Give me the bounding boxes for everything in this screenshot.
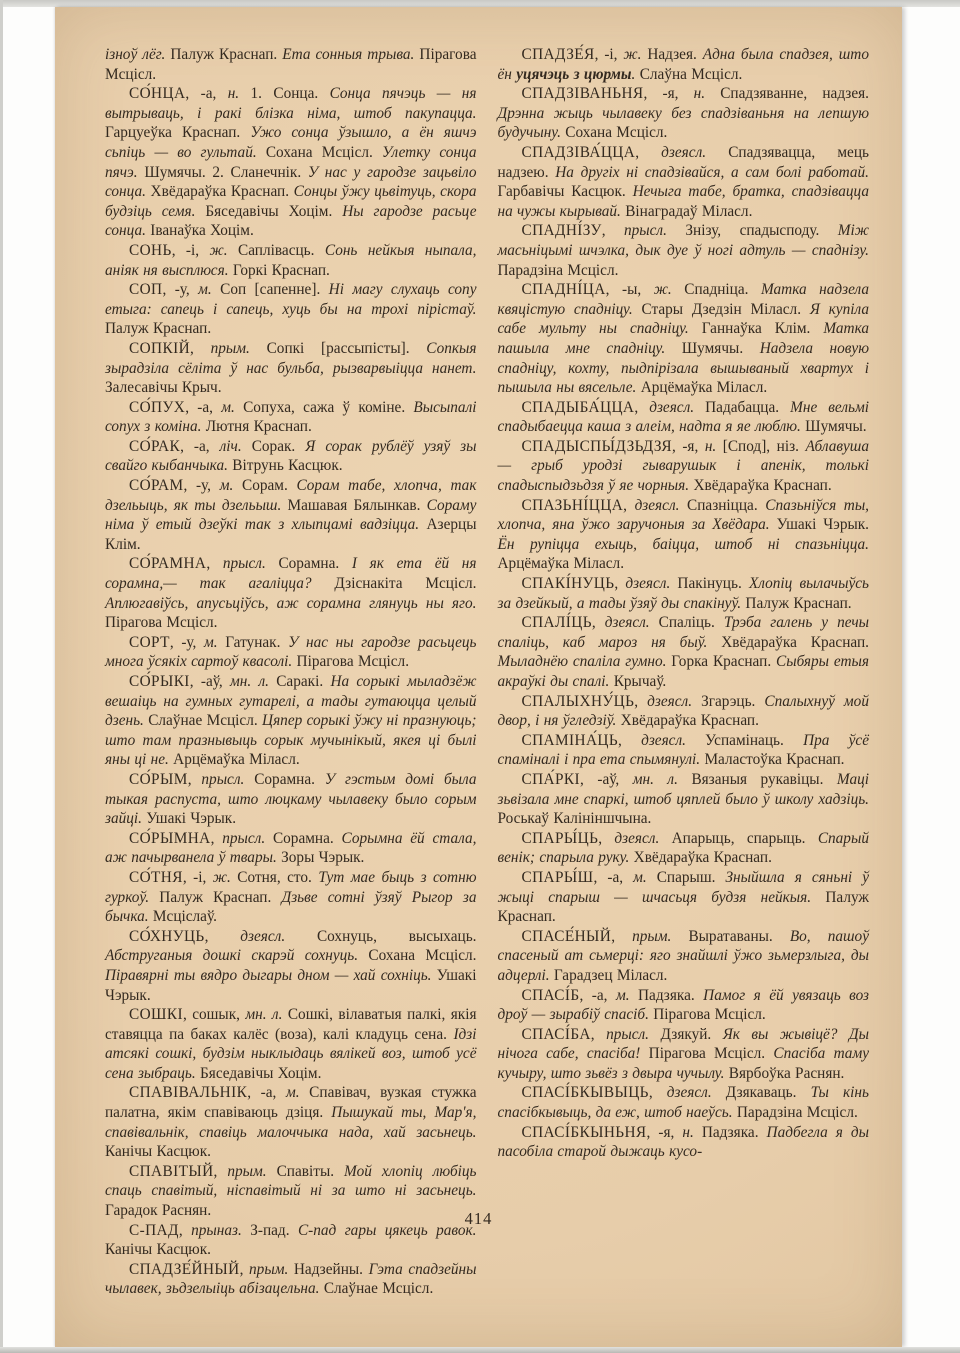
page-text: ізноў лёг. Палуж Краснап. Ета сонныя тры… [105, 45, 869, 1299]
text-segment: , [598, 830, 614, 847]
text-segment: дзеясл. [649, 399, 694, 416]
dictionary-entry: СО́РАК, -а, ліч. Сорак. Я сорак рублёў у… [105, 437, 477, 476]
headword: СО́ПУХ [129, 399, 185, 416]
text-segment: , -а, [593, 869, 633, 886]
headword: СПАСІ́БА [522, 1026, 591, 1043]
text-segment: прысл. [624, 222, 667, 239]
dictionary-entry: СОП, -у, м. Соп [сапенне]. Ні магу слуха… [105, 280, 477, 339]
text-segment: ж. [623, 46, 641, 63]
text-segment: Шумячы. [682, 340, 760, 357]
text-segment: На другіх ні спадзівайся, а сам болі раб… [555, 164, 869, 181]
dictionary-entry: СПАДЗІВАНЬНЯ, -я, н. Спадзяванне, надзея… [498, 84, 870, 143]
text-segment: Хвёдараўка Краснап. [151, 183, 294, 200]
text-segment: , -я, [644, 85, 694, 102]
text-segment: Спадніца. [672, 281, 761, 298]
headword: СПАДЗЕ́ЙНЫЙ [129, 1261, 240, 1278]
dictionary-entry: СПА́РКІ, -аў, мн. л. Вязаныя рукавіцы. М… [498, 770, 870, 829]
page-number: 414 [55, 1209, 902, 1229]
dictionary-entry: СПАЗЬНІ́ЦЦА, дзеясл. Спазніцца. Спазьніў… [498, 496, 870, 574]
text-segment: н. [694, 85, 705, 102]
text-segment: Сотня, сто. [231, 869, 319, 886]
text-segment: . [632, 66, 640, 83]
headword: СО́РЫКІ [129, 673, 190, 690]
text-segment: Маластоўка Краснап. [704, 751, 844, 768]
text-segment: Лютня Краснап. [206, 418, 312, 435]
text-segment: Аплюгавіўсь, апусьціўсь, аж сорамна глян… [105, 595, 477, 612]
dictionary-entry: ізноў лёг. Палуж Краснап. Ета сонныя тры… [105, 45, 477, 84]
text-segment: Падзяка. [630, 987, 704, 1004]
dictionary-entry: СО́ХНУЦЬ, дзеясл. Сохнуць, высыхаць. Абс… [105, 927, 477, 1005]
dictionary-entry: СПАЛІ́ЦЬ, дзеясл. Спаліць. Трэба галень … [498, 613, 870, 691]
text-segment: Бяседавічы Хоцім. [205, 203, 342, 220]
headword: СПА́РКІ [522, 771, 581, 788]
text-segment: , [634, 399, 649, 416]
text-segment: Выратаваны. [671, 928, 789, 945]
text-segment: , [618, 732, 641, 749]
text-segment: Ушакі Чэрык. [777, 516, 869, 533]
headword: СПАСІ́БКЫВЫЦЬ [522, 1084, 649, 1101]
text-segment: Пірагова Мсцісл. [649, 1045, 774, 1062]
text-segment: м. [633, 869, 647, 886]
text-segment: Пірагова Мсцісл. [297, 653, 410, 670]
text-segment: Гарбавічы Касцюк. [498, 183, 633, 200]
headword: СПАВІТЫЙ [129, 1163, 214, 1180]
text-segment: Ганнаўка Клім. [702, 320, 824, 337]
text-segment: , -а, [247, 1084, 286, 1101]
text-segment: м. [198, 281, 212, 298]
text-segment: , -і, [183, 869, 213, 886]
headword: СОП [129, 281, 163, 298]
text-segment: н. [682, 1124, 693, 1141]
text-segment: , [190, 340, 211, 357]
text-segment: Вязаныя рукавіцы. [678, 771, 837, 788]
dictionary-entry: СО́ПУХ, -а, м. Сопуха, сажа ў коміне. Вы… [105, 398, 477, 437]
text-segment: Хвёдараўка Краснап. [621, 712, 759, 729]
text-segment: Знізу, спадысподу. [667, 222, 838, 239]
text-segment: Крычаў. [614, 673, 667, 690]
dictionary-entry: СПАКІ́НУЦЬ, дзеясл. Пакінуць. Хлопіц выл… [498, 574, 870, 613]
dictionary-entry: СПАСІ́БА, прысл. Дзякуй. Як вы жывіцё? Д… [498, 1025, 870, 1084]
text-segment: , [188, 771, 202, 788]
dictionary-entry: СОПКІЙ, прым. Сопкі [рассыпісты]. Сопкыя… [105, 339, 477, 398]
text-segment: Палуж Краснап. [105, 320, 211, 337]
text-segment: Слаўна Мсцісл. [640, 66, 743, 83]
dictionary-entry: СОНЬ, -і, ж. Саплівасць. Сонь нейкыя нып… [105, 241, 477, 280]
column-left: ізноў лёг. Палуж Краснап. Ета сонныя тры… [105, 45, 477, 1299]
headword: СПАДЫСПЫ́ДЗЬДЗЯ [522, 438, 673, 455]
text-segment: мн. л. [230, 673, 269, 690]
headword: СО́РАМНА [129, 555, 206, 572]
text-segment: Слаўнае Мсцісл. [324, 1280, 433, 1297]
text-segment: Арцёмаўка Міласл. [498, 555, 625, 572]
text-segment: ж. [654, 281, 672, 298]
text-segment: , [592, 614, 605, 631]
text-segment: прысл. [223, 555, 266, 572]
text-segment: дзеясл. [667, 1084, 712, 1101]
text-segment: Сохана Мсцісл. [368, 947, 476, 964]
headword: СПАСІ́Б [522, 987, 580, 1004]
text-segment: , [634, 693, 647, 710]
dictionary-entry: СПАРЫ́ЦЬ, дзеясл. Апарыць, спарыць. Спар… [498, 829, 870, 868]
text-segment: Ушакі Чэрык. [146, 810, 236, 827]
text-segment: , [206, 555, 223, 572]
dictionary-entry: СПАДНІ́ЗУ, прысл. Знізу, спадысподу. Між… [498, 221, 870, 280]
headword: СОПКІЙ [129, 340, 190, 357]
text-segment: Гатунак. [218, 634, 288, 651]
text-segment: , [614, 575, 625, 592]
text-segment: Зоры Чэрык. [281, 849, 364, 866]
text-segment: Вітрунь Касцюк. [232, 457, 342, 474]
headword: СПАРЫ́Ш [522, 869, 594, 886]
text-segment: Хвёдараўка Краснап. [693, 477, 831, 494]
headword: СПАСЕ́НЫЙ [522, 928, 612, 945]
text-segment: , -у, [170, 634, 204, 651]
dictionary-entry: СО́РАМНА, прысл. Сорамна. І як ета ёй ня… [105, 554, 477, 632]
text-segment: , -і, [172, 242, 210, 259]
text-segment: Горка Краснап. [671, 653, 776, 670]
text-segment: Пірагова Мсцісл. [653, 1006, 766, 1023]
dictionary-entry: СПАДЗЕ́ЙНЫЙ, прым. Надзейны. Гэта спадзе… [105, 1260, 477, 1299]
text-segment: Парадзіна Мсцісл. [498, 262, 619, 279]
dictionary-entry: СПАСЕ́НЫЙ, прым. Выратаваны. Во, пашоў с… [498, 927, 870, 986]
text-segment: Вярбоўка Раснян. [729, 1065, 845, 1082]
text-segment: Арцёмаўка Міласл. [173, 751, 300, 768]
text-segment: ж. [213, 869, 231, 886]
text-segment: Іванаўка Хоцім. [150, 222, 254, 239]
text-segment: , -і, [595, 46, 624, 63]
scanned-book-page: ізноў лёг. Палуж Краснап. Ета сонныя тры… [0, 0, 960, 1353]
text-segment: , [211, 830, 223, 847]
headword: СПАЗЬНІ́ЦЦА [522, 497, 624, 514]
dictionary-entry: СОШКІ, сошык, мн. л. Сошкі, вілаватыя па… [105, 1005, 477, 1083]
text-segment: Падабацца. [694, 399, 790, 416]
headword: СОШКІ [129, 1006, 183, 1023]
text-segment: Ета сонныя трыва. [282, 46, 419, 63]
dictionary-entry: СО́РЫМ, прысл. Сорамна. У гэстым домі бы… [105, 770, 477, 829]
text-segment: Падзяка. [694, 1124, 767, 1141]
text-segment: м. [616, 987, 630, 1004]
headword: СО́ТНЯ [129, 869, 183, 886]
text-segment: прысл. [222, 830, 265, 847]
text-segment: , [635, 144, 661, 161]
dictionary-entry: СПАДЗІВА́ЦЦА, дзеясл. Спадзявацца, мець … [498, 143, 870, 221]
dictionary-entry: СПАСІ́БКЫНЬНЯ, -я, н. Падзяка. Падбегла … [498, 1123, 870, 1162]
headword: СПАДЫБА́ЦЦА [522, 399, 635, 416]
dictionary-entry: СПАДЗЕ́Я, -і, ж. Надзея. Адна была спадз… [498, 45, 870, 84]
text-segment: , [205, 928, 241, 945]
text-segment: прысл. [201, 771, 244, 788]
headword: СПАЛІ́ЦЬ [522, 614, 592, 631]
text-segment: мн. л. [245, 1006, 282, 1023]
text-segment: Саплівасць. [228, 242, 325, 259]
text-segment: Сопуха, сажа ў коміне. [235, 399, 414, 416]
text-segment: , -я, [672, 438, 705, 455]
text-segment: дзеясл. [605, 614, 650, 631]
text-segment: дзеясл. [614, 830, 659, 847]
text-segment: , сошык, [183, 1006, 245, 1023]
headword: СПАМІНА́ЦЬ [522, 732, 619, 749]
text-segment: Піравярні ты вядро дыгары дном — хай сох… [105, 967, 437, 984]
text-segment: Горкі Краснап. [233, 262, 330, 279]
text-segment: Спазніцца. [679, 497, 765, 514]
text-segment: Дзякуй. [649, 1026, 723, 1043]
text-segment: Палуж Краснап. [159, 889, 281, 906]
text-segment: Соп [сапенне]. [212, 281, 329, 298]
text-segment: Сорамна. [266, 555, 352, 572]
dictionary-page: ізноў лёг. Палуж Краснап. Ета сонныя тры… [55, 7, 902, 1347]
text-segment: Гарадзец Міласл. [554, 967, 668, 984]
text-segment: прым. [227, 1163, 266, 1180]
dictionary-entry: СПАМІНА́ЦЬ, дзеясл. Успамінаць. Пра ўсё … [498, 731, 870, 770]
text-segment: Спаліць. [650, 614, 724, 631]
text-segment: Абструганыя дошкі скарэй сохнуць. [105, 947, 368, 964]
text-segment: Хвёдараўка Краснап. [721, 634, 869, 651]
dictionary-entry: СПАРЫ́Ш, -а, м. Спарыш. Зныйшла я сяньні… [498, 868, 870, 927]
text-segment: дзеясл. [661, 144, 706, 161]
text-segment: Канічы Касцюк. [105, 1143, 211, 1160]
text-segment: , -а, [180, 438, 220, 455]
text-segment: Згарэць. [692, 693, 764, 710]
text-segment: прым. [249, 1261, 288, 1278]
headword: СПАСІ́БКЫНЬНЯ [522, 1124, 647, 1141]
text-segment: уцячэць з цюрмы [516, 66, 631, 83]
text-segment: Пакінуць. [670, 575, 749, 592]
text-segment: , -я, [647, 1124, 683, 1141]
text-segment: Сохнуць, высыхаць. [285, 928, 476, 945]
text-segment: ліч. [220, 438, 242, 455]
headword: СПАДНІ́ЗУ [522, 222, 602, 239]
text-segment: Сохана Мсцісл. [565, 124, 667, 141]
headword: СО́НЦА [129, 85, 185, 102]
scan-edge-left [0, 0, 3, 1353]
text-segment: н. [228, 85, 239, 102]
scan-edge-bottom [0, 1347, 960, 1353]
dictionary-entry: СПАДЫБА́ЦЦА, дзеясл. Падабацца. Мне вель… [498, 398, 870, 437]
headword: СПАДЗЕ́Я [522, 46, 595, 63]
text-segment: Пірагова Мсцісл. [105, 614, 218, 631]
text-segment: , [214, 1163, 228, 1180]
dictionary-entry: СПАДНІ́ЦА, -ы, ж. Спадніца. Матка надзел… [498, 280, 870, 398]
text-segment: Мсціслаў. [153, 908, 217, 925]
text-segment: , [591, 1026, 606, 1043]
text-segment: , -а, [185, 399, 221, 416]
text-segment: Сохана Мсцісл. [266, 144, 382, 161]
dictionary-entry: СОРТ, -у, м. Гатунак. У нас ны гародзе р… [105, 633, 477, 672]
dictionary-entry: СПАСІ́БКЫВЫЦЬ, дзеясл. Дзякаваць. Ты кін… [498, 1083, 870, 1122]
text-segment: Ён рупіцца ехыць, баіцца, штоб ні спазьн… [498, 536, 870, 553]
text-segment: Спадзяванне, надзея. [705, 85, 869, 102]
dictionary-entry: СО́РЫМНА, прысл. Сорамна. Сорымна ёй ста… [105, 829, 477, 868]
text-segment: Сорак. [242, 438, 306, 455]
text-segment: , -а, [580, 987, 616, 1004]
text-segment: Вінаградаў Міласл. [625, 203, 752, 220]
text-segment: , [649, 1084, 667, 1101]
text-segment: Дзякаваць. [712, 1084, 811, 1101]
text-segment: дзеясл. [240, 928, 285, 945]
text-segment: 1. Сонца. [239, 85, 329, 102]
text-segment: , [240, 1261, 249, 1278]
text-segment: м. [286, 1084, 300, 1101]
text-segment: Палуж Краснап. [745, 595, 851, 612]
text-segment: м. [204, 634, 218, 651]
text-segment: м. [221, 399, 235, 416]
text-segment: прым. [211, 340, 250, 357]
text-segment: , [602, 222, 624, 239]
text-segment: Арцёмаўка Міласл. [641, 379, 768, 396]
text-segment: , -а, [185, 85, 227, 102]
headword: СПАВІВАЛЬНІК [129, 1084, 247, 1101]
text-segment: Апарыць, спарыць. [659, 830, 818, 847]
text-segment: Саракі. [269, 673, 330, 690]
headword: СО́РЫМ [129, 771, 188, 788]
text-segment: н. [705, 438, 716, 455]
text-segment: Шумячы. [805, 418, 866, 435]
text-segment: Залесавічы Крыч. [105, 379, 222, 396]
text-segment: Роськаў Калініншчына. [498, 810, 652, 827]
text-segment: Парадзіна Мсцісл. [737, 1104, 858, 1121]
headword: СО́РАМ [129, 477, 183, 494]
text-segment: ізноў лёг. [105, 46, 170, 63]
text-segment: Шумячы. 2. Сланечнік. [144, 164, 308, 181]
text-segment: , -у, [183, 477, 219, 494]
text-segment: Канічы Касцюк. [105, 1241, 211, 1258]
headword: СПАЛЫХНУ́ЦЬ [522, 693, 635, 710]
text-segment: [Спод], ніз. [716, 438, 805, 455]
headword: СО́РЫМНА [129, 830, 211, 847]
text-segment: Сопкі [рассыпісты]. [250, 340, 426, 357]
text-segment: дзеясл. [641, 732, 686, 749]
text-segment: м. [220, 477, 234, 494]
dictionary-entry: СО́НЦА, -а, н. 1. Сонца. Сонца пячэць — … [105, 84, 477, 241]
headword: СПАДНІ́ЦА [522, 281, 606, 298]
text-segment: Спарыш. [647, 869, 726, 886]
text-segment: Машавая Бялынкав. [288, 497, 427, 514]
text-segment: Палуж Краснап. [170, 46, 282, 63]
headword: СПАДЗІВА́ЦЦА [522, 144, 636, 161]
text-segment: Надзейны. [288, 1261, 368, 1278]
dictionary-entry: СПАСІ́Б, -а, м. Падзяка. Памог я ёй увяз… [498, 986, 870, 1025]
text-segment: Надзея. [641, 46, 702, 63]
text-segment: дзеясл. [647, 693, 692, 710]
column-right: СПАДЗЕ́Я, -і, ж. Надзея. Адна была спадз… [498, 45, 870, 1299]
text-segment: ж. [210, 242, 228, 259]
text-segment: Дрэнна жыць чылавеку без спадзіваньня на… [498, 105, 870, 142]
text-segment: Слаўнае Мсцісл. [148, 712, 262, 729]
text-segment: Сорамна. [244, 771, 324, 788]
text-segment: Мыладнёю спаліла гумно. [498, 653, 672, 670]
scan-edge-top [0, 0, 960, 7]
text-segment: дзеясл. [635, 497, 680, 514]
headword: СОРТ [129, 634, 170, 651]
dictionary-entry: СПАЛЫХНУ́ЦЬ, дзеясл. Згарэць. Спалыхнуў … [498, 692, 870, 731]
text-segment: прым. [632, 928, 671, 945]
text-segment: прысл. [606, 1026, 649, 1043]
text-segment: дзеясл. [625, 575, 670, 592]
text-segment: Бяседавічы Хоцім. [200, 1065, 321, 1082]
text-segment: Хвёдараўка Краснап. [634, 849, 772, 866]
dictionary-entry: СО́ТНЯ, -і, ж. Сотня, сто. Тут мае быць … [105, 868, 477, 927]
text-segment: , -ы, [606, 281, 654, 298]
text-segment: мн. л. [633, 771, 678, 788]
text-segment: , -у, [163, 281, 199, 298]
text-segment: , [611, 928, 632, 945]
dictionary-entry: СПАДЫСПЫ́ДЗЬДЗЯ, -я, н. [Спод], ніз. Абл… [498, 437, 870, 496]
text-segment: Стары Дзедзін Міласл. [641, 301, 809, 318]
headword: СПАРЫ́ЦЬ [522, 830, 599, 847]
text-segment: , -аў, [580, 771, 633, 788]
text-segment: Гарцуеўка Краснап. [105, 124, 250, 141]
headword: СПАКІ́НУЦЬ [522, 575, 615, 592]
text-segment: Спавіты. [267, 1163, 344, 1180]
headword: СОНЬ [129, 242, 172, 259]
text-segment: Успамінаць. [686, 732, 803, 749]
text-segment: , [623, 497, 634, 514]
headword: СО́ХНУЦЬ [129, 928, 205, 945]
dictionary-entry: СО́РАМ, -у, м. Сорам. Сорам табе, хлопча… [105, 476, 477, 554]
dictionary-entry: СПАВІВАЛЬНІК, -а, м. Спавівач, вузкая ст… [105, 1083, 477, 1161]
headword: СПАДЗІВАНЬНЯ [522, 85, 644, 102]
dictionary-entry: СО́РЫКІ, -аў, мн. л. Саракі. На сорыкі м… [105, 672, 477, 770]
headword: СО́РАК [129, 438, 180, 455]
text-segment: Сорам. [233, 477, 296, 494]
text-segment: Сорамна. [265, 830, 341, 847]
text-segment: Дзіснакіта Мсцісл. [334, 575, 476, 592]
text-segment: , -аў, [190, 673, 230, 690]
